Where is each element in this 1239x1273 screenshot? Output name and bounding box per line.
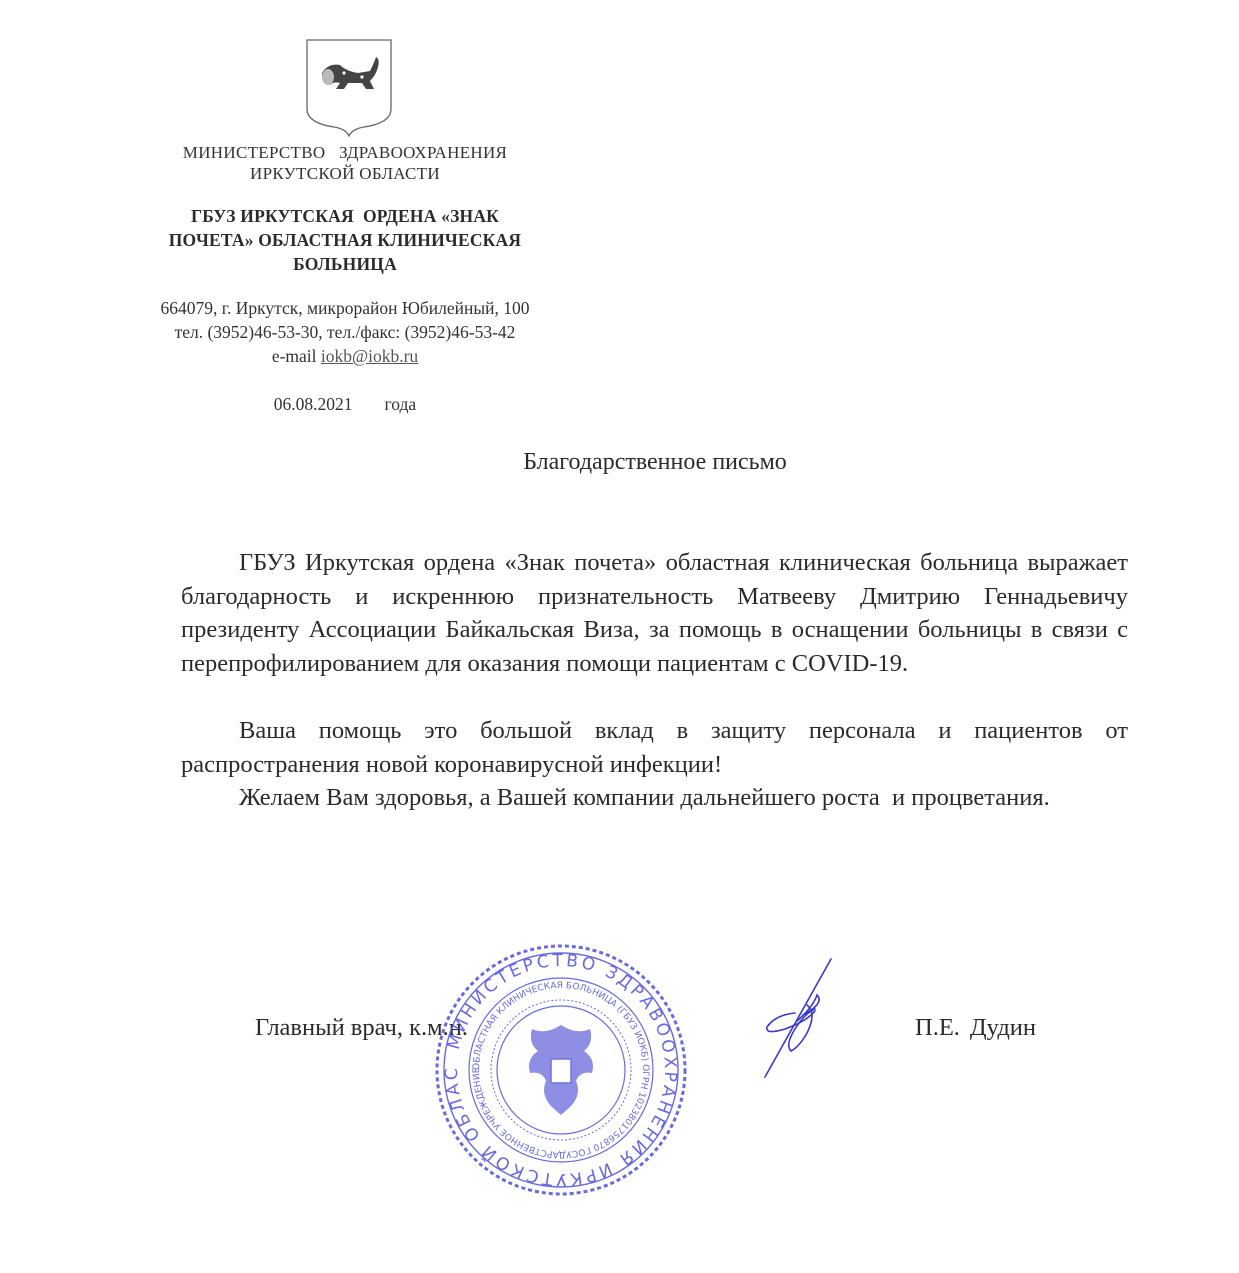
paragraph-text: ГБУЗ Иркутская ордена «Знак почета» обла… xyxy=(181,546,1128,680)
signatory-name: П.Е.Дудин xyxy=(915,1014,1036,1042)
contacts-block: 664079, г. Иркутск, микрорайон Юбилейный… xyxy=(110,296,580,368)
letter-page: МИНИСТЕРСТВО ЗДРАВООХРАНЕНИЯ ИРКУТСКОЙ О… xyxy=(0,0,1239,1273)
email-link[interactable]: iokb@iokb.ru xyxy=(321,346,418,366)
address: 664079, г. Иркутск, микрорайон Юбилейный… xyxy=(110,296,580,320)
org-line-2: ПОЧЕТА» ОБЛАСТНАЯ КЛИНИЧЕСКАЯ xyxy=(110,228,580,252)
date-suffix: года xyxy=(385,394,417,414)
date-value: 06.08.2021 xyxy=(274,394,353,414)
signatory-surname: Дудин xyxy=(970,1014,1036,1041)
ministry-line-2: ИРКУТСКОЙ ОБЛАСТИ xyxy=(110,163,580,184)
paragraph-text: Ваша помощь это большой вклад в защиту п… xyxy=(181,714,1128,781)
paragraph-text: Желаем Вам здоровья, а Вашей компании да… xyxy=(181,781,1128,815)
signature-icon xyxy=(755,955,850,1080)
official-stamp-icon: МИНИСТЕРСТВО ЗДРАВООХРАНЕНИЯ ИРКУТСКОЙ О… xyxy=(434,943,688,1197)
ministry-name: МИНИСТЕРСТВО ЗДРАВООХРАНЕНИЯ ИРКУТСКОЙ О… xyxy=(110,142,580,184)
body-paragraph-3: Желаем Вам здоровья, а Вашей компании да… xyxy=(181,781,1128,815)
body-paragraph-1: ГБУЗ Иркутская ордена «Знак почета» обла… xyxy=(181,546,1128,680)
letter-date: 06.08.2021года xyxy=(110,393,580,415)
signatory-initials: П.Е. xyxy=(915,1014,960,1041)
organization-name: ГБУЗ ИРКУТСКАЯ ОРДЕНА «ЗНАК ПОЧЕТА» ОБЛА… xyxy=(110,204,580,276)
ministry-line-1: МИНИСТЕРСТВО ЗДРАВООХРАНЕНИЯ xyxy=(110,142,580,163)
coat-of-arms-icon xyxy=(304,37,394,137)
document-title: Благодарственное письмо xyxy=(170,447,1140,477)
org-line-3: БОЛЬНИЦА xyxy=(110,252,580,276)
phones: тел. (3952)46-53-30, тел./факс: (3952)46… xyxy=(110,320,580,344)
org-line-1: ГБУЗ ИРКУТСКАЯ ОРДЕНА «ЗНАК xyxy=(110,204,580,228)
email-label: e-mail xyxy=(272,346,321,366)
body-paragraph-2: Ваша помощь это большой вклад в защиту п… xyxy=(181,714,1128,781)
email-row: e-mail iokb@iokb.ru xyxy=(110,344,580,368)
